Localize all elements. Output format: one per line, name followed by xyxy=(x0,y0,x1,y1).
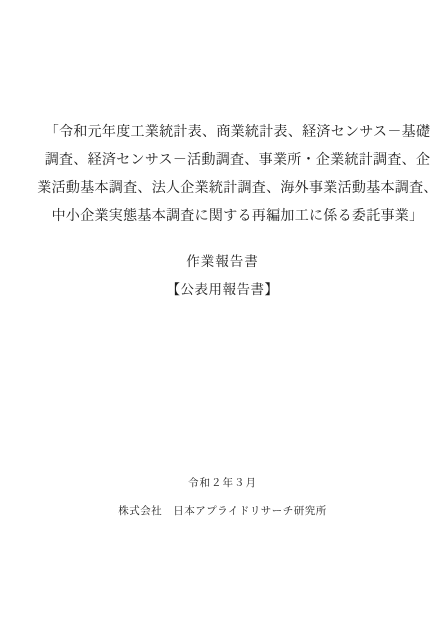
report-title-line-4: 中小企業実態基本調査に関する再編加工に係る委託事業」 xyxy=(30,203,445,231)
report-title-line-1: 「令和元年度工業統計表、商業統計表、経済センサス－基礎 xyxy=(30,119,445,147)
report-title-line-3: 業活動基本調査、法人企業統計調査、海外事業活動基本調査、 xyxy=(30,175,445,203)
report-publisher: 株式会社 日本アプライドリサーチ研究所 xyxy=(0,505,445,519)
report-date: 令和２年３月 xyxy=(0,477,445,491)
report-title-line-2: 調査、経済センサス－活動調査、事業所・企業統計調査、企 xyxy=(30,147,445,175)
report-type-label: 作業報告書 xyxy=(0,248,445,276)
report-title: 「令和元年度工業統計表、商業統計表、経済センサス－基礎 調査、経済センサス－活動… xyxy=(30,119,445,231)
report-cover-page: 「令和元年度工業統計表、商業統計表、経済センサス－基礎 調査、経済センサス－活動… xyxy=(0,0,445,630)
report-visibility-label: 【公表用報告書】 xyxy=(0,276,445,304)
